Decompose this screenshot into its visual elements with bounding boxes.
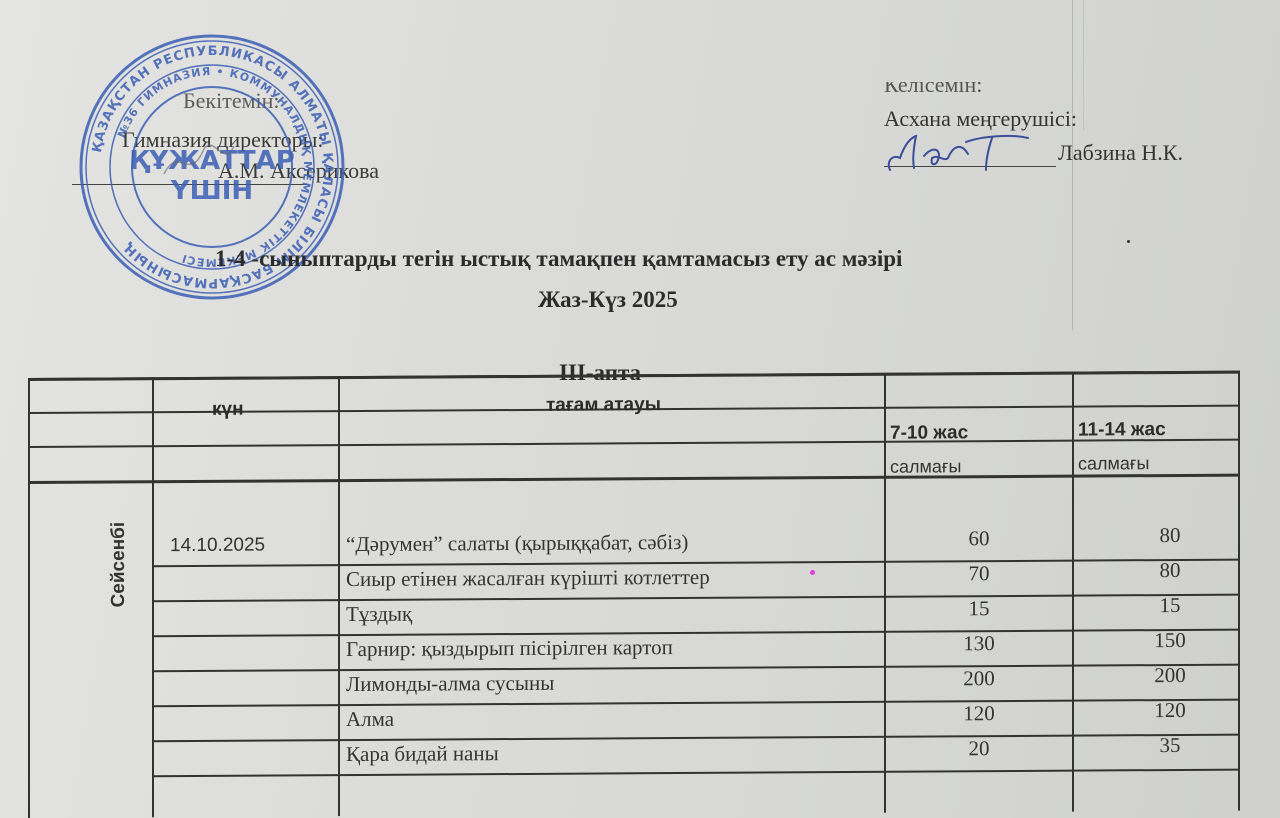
dish-name: Гарнир: қыздырып пісірілген картоп — [346, 635, 673, 662]
weight-7-10: 20 — [886, 736, 1072, 762]
dish-name: Сиыр етінен жасалған күрішті котлеттер — [346, 565, 710, 592]
header-weight-11-14: салмағы — [1078, 453, 1149, 474]
weight-11-14: 35 — [1090, 733, 1250, 759]
header-age-7-10: 7-10 жас — [890, 422, 968, 444]
agreement-label: Келісемін: — [884, 72, 982, 98]
canteen-manager-name: Лабзина Н.К. — [1058, 140, 1183, 166]
signature-icon — [882, 132, 1032, 174]
dish-name: Алма — [346, 707, 394, 732]
weight-11-14: 15 — [1090, 593, 1250, 619]
dish-name: Лимонды-алма сусыны — [346, 671, 554, 697]
fold-line — [1083, 0, 1084, 130]
weight-11-14: 200 — [1090, 663, 1250, 689]
weight-11-14: 120 — [1090, 698, 1250, 724]
column-divider — [1072, 372, 1074, 812]
menu-table: күн тағам атауы 7-10 жас 11-14 жас салма… — [28, 371, 1240, 818]
dish-name: Тұздық — [346, 602, 412, 627]
document-page: Бекітемін: Гимназия директоры: А.М. Аксе… — [0, 0, 1280, 818]
weight-7-10: 200 — [886, 666, 1072, 692]
menu-season: Жаз-Күз 2025 — [538, 287, 678, 313]
weight-7-10: 70 — [886, 561, 1072, 587]
ink-dot — [810, 570, 815, 575]
column-divider — [338, 376, 340, 816]
header-age-11-14: 11-14 жас — [1078, 419, 1166, 442]
weight-7-10: 130 — [886, 631, 1072, 657]
column-divider — [152, 377, 154, 817]
menu-title: 1-4 -сыныптарды тегін ыстық тамақпен қам… — [215, 246, 902, 272]
weight-7-10: 60 — [886, 526, 1072, 552]
header-weight-7-10: салмағы — [890, 456, 961, 477]
dish-name: Қара бидай наны — [346, 741, 499, 767]
director-name: А.М. Аксерикова — [218, 158, 379, 184]
day-name: Сейсенбі — [108, 522, 130, 608]
weight-11-14: 150 — [1090, 628, 1250, 654]
header-day: күн — [212, 399, 244, 421]
weight-11-14: 80 — [1090, 523, 1250, 549]
menu-date: 14.10.2025 — [170, 535, 265, 558]
director-signature-line — [72, 184, 307, 185]
director-role: Гимназия директоры: — [122, 127, 324, 153]
canteen-manager-signature-line — [884, 166, 1056, 167]
canteen-manager-role: Асхана меңгерушісі: — [884, 106, 1077, 132]
weight-7-10: 120 — [886, 701, 1072, 727]
dish-name: “Дәрумен” салаты (қырыққабат, сәбіз) — [346, 530, 688, 557]
approval-label: Бекітемін: — [183, 88, 280, 114]
weight-7-10: 15 — [886, 596, 1072, 622]
weight-11-14: 80 — [1090, 558, 1250, 584]
header-dish: тағам атауы — [546, 394, 661, 417]
paper-speck — [1127, 240, 1130, 243]
